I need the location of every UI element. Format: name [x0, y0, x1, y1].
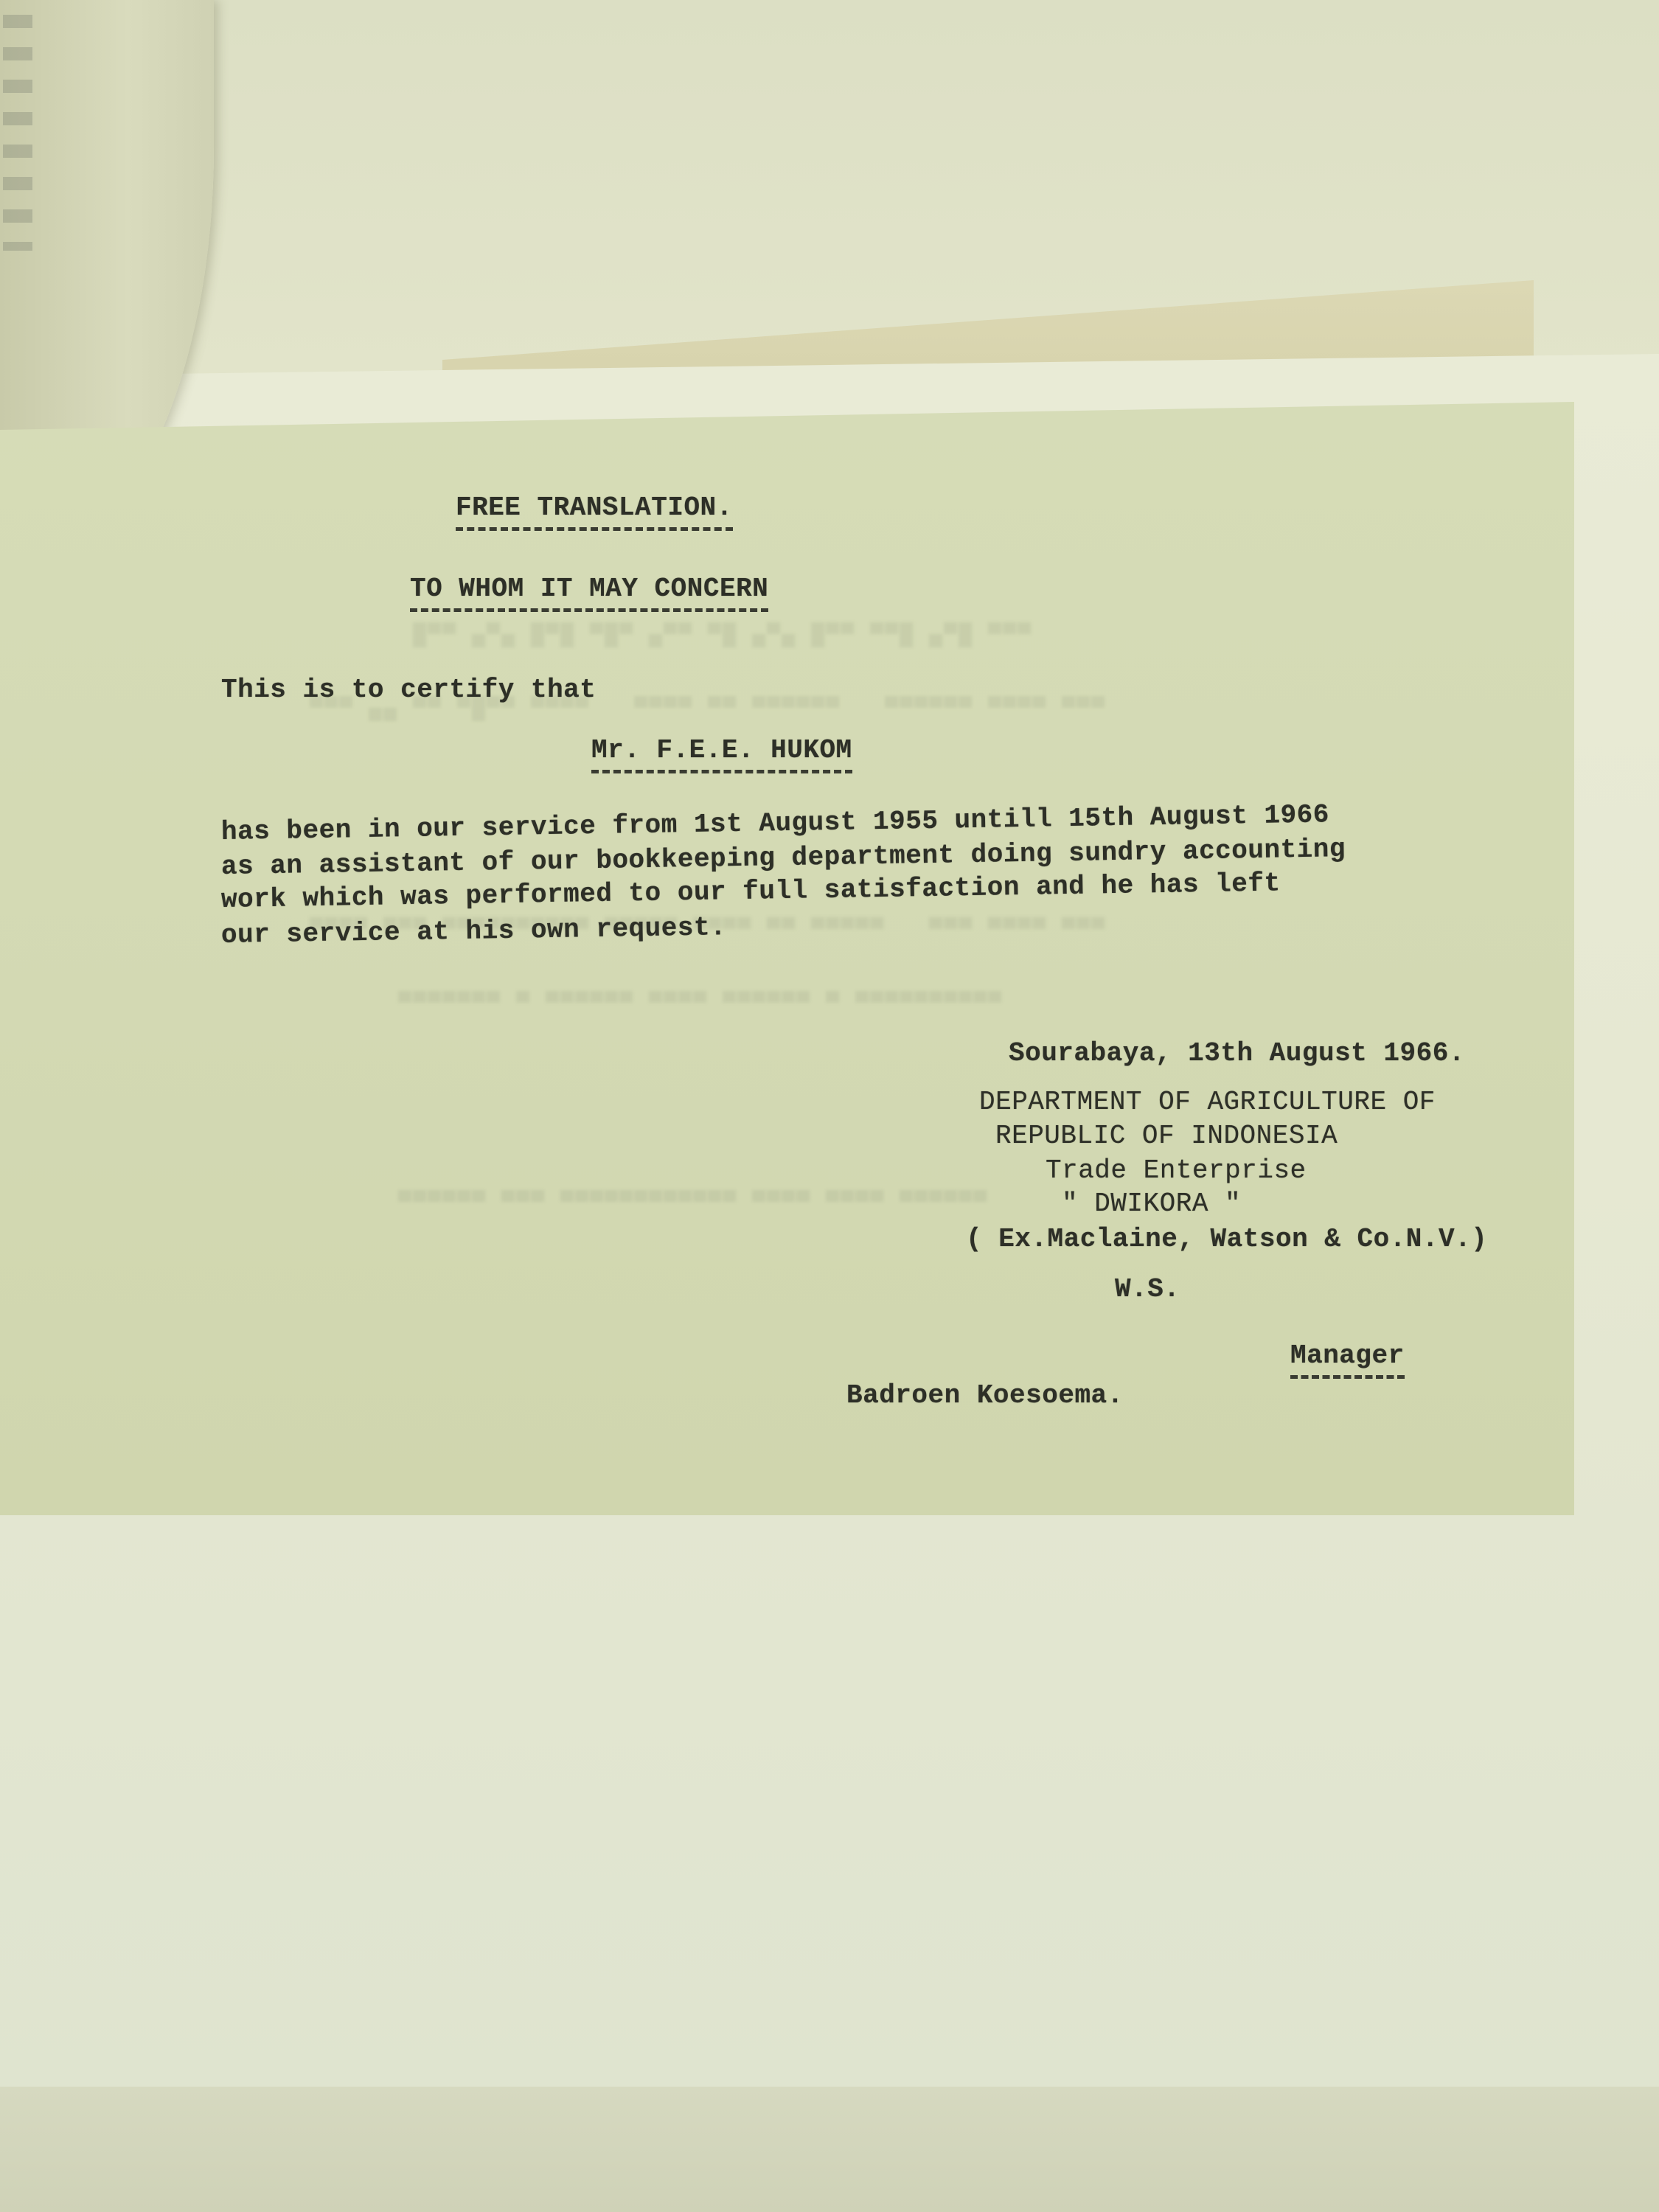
signatory-title: Manager [1290, 1340, 1405, 1379]
table-surface [0, 2087, 1659, 2212]
signed-note: W.S. [1115, 1274, 1180, 1304]
place-date: Sourabaya, 13th August 1966. [1009, 1038, 1465, 1068]
employee-name: Mr. F.E.E. HUKOM [591, 735, 852, 773]
intro-text: This is to certify that [221, 675, 596, 705]
bleed-through-text: ▀▀▀▀▀▀ ▀▀▀ ▀▀▀▀▀▀▀▀▀▀▀▀ ▀▀▀▀ ▀▀▀▀ ▀▀▀▀▀▀ [398, 1191, 988, 1216]
bleed-through-text: █▀▀ ▄▀▄ █▀█ ▀█▀ ▄▀▀ ▀█ ▄▀▄ █▀▀ ▀▀█ ▄▀█ ▀… [413, 623, 1032, 648]
margin-ink-marks [3, 15, 32, 251]
issuer-line: REPUBLIC OF INDONESIA [995, 1121, 1338, 1151]
issuer-line: " DWIKORA " [1062, 1189, 1241, 1219]
issuer-line: DEPARTMENT OF AGRICULTURE OF [979, 1087, 1436, 1117]
bleed-through-text: ▀▀▀▀▀▀▀ ▀ ▀▀▀▀▀▀ ▀▀▀▀ ▀▀▀▀▀▀ ▀ ▀▀▀▀▀▀▀▀▀… [398, 992, 1003, 1017]
document-subheading: TO WHOM IT MAY CONCERN [410, 574, 768, 612]
issuer-line: ( Ex.Maclaine, Watson & Co.N.V.) [966, 1224, 1487, 1254]
signatory-name: Badroen Koesoema. [846, 1380, 1124, 1411]
issuer-line: Trade Enterprise [1046, 1155, 1307, 1186]
document-heading: FREE TRANSLATION. [456, 493, 733, 531]
